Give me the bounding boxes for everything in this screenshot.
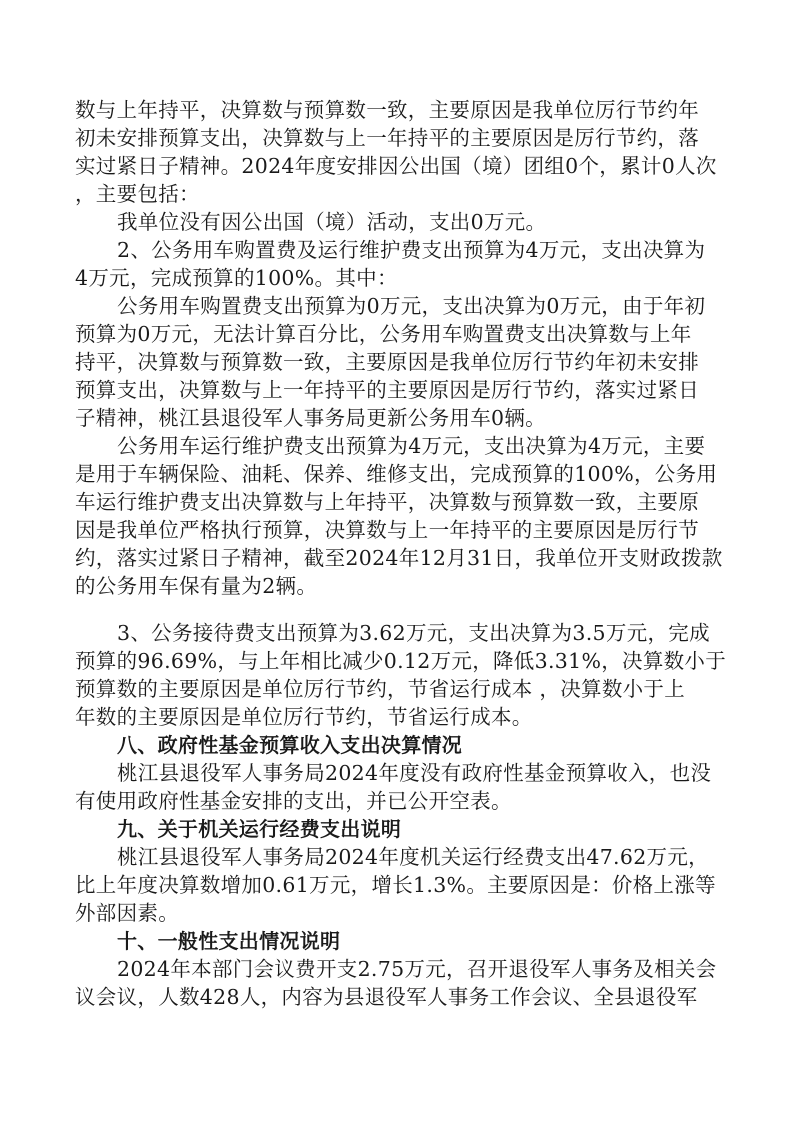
text-line: 子精神，桃江县退役军人事务局更新公务用车0辆。 [75, 404, 715, 432]
paragraph-spacer [75, 600, 715, 619]
text-line: 比上年度决算数增加0.61万元，增长1.3%。主要原因是：价格上涨等 [75, 871, 715, 899]
text-line: ，主要包括： [75, 180, 715, 208]
text-line: 车运行维护费支出决算数与上年持平，决算数与预算数一致，主要原 [75, 488, 715, 516]
text-line: 预算的96.69%，与上年相比减少0.12万元，降低3.31%，决算数小于 [75, 647, 715, 675]
document-page: 数与上年持平，决算数与预算数一致，主要原因是我单位厉行节约年 初未安排预算支出，… [75, 96, 715, 1011]
paragraph-no-overseas-activity: 我单位没有因公出国（境）活动，支出0万元。 [75, 208, 715, 236]
section-heading-general-expenses: 十、一般性支出情况说明 [75, 927, 715, 955]
text-line: 公务用车购置费支出预算为0万元，支出决算为0万元，由于年初 [75, 292, 715, 320]
text-line: 是用于车辆保险、油耗、保养、维修支出，完成预算的100%，公务用 [75, 460, 715, 488]
text-line: 因是我单位严格执行预算，决算数与上一年持平的主要原因是厉行节 [75, 516, 715, 544]
text-line: 有使用政府性基金安排的支出，并已公开空表。 [75, 787, 715, 815]
text-line: 我单位没有因公出国（境）活动，支出0万元。 [75, 208, 715, 236]
paragraph-meeting-expenses: 2024年本部门会议费开支2.75万元，召开退役军人事务及相关会 议会议，人数4… [75, 955, 715, 1011]
text-line: 2、公务用车购置费及运行维护费支出预算为4万元，支出决算为 [75, 236, 715, 264]
text-line: 初未安排预算支出，决算数与上一年持平的主要原因是厉行节约，落 [75, 124, 715, 152]
section-heading-operating-expenses: 九、关于机关运行经费支出说明 [75, 815, 715, 843]
text-line: 2024年本部门会议费开支2.75万元，召开退役军人事务及相关会 [75, 955, 715, 983]
text-line: 预算为0万元，无法计算百分比，公务用车购置费支出决算数与上年 [75, 320, 715, 348]
text-line: 桃江县退役军人事务局2024年度没有政府性基金预算收入，也没 [75, 759, 715, 787]
paragraph-government-fund: 桃江县退役军人事务局2024年度没有政府性基金预算收入，也没 有使用政府性基金安… [75, 759, 715, 815]
text-line: 3、公务接待费支出预算为3.62万元，支出决算为3.5万元，完成 [75, 619, 715, 647]
text-line: 公务用车运行维护费支出预算为4万元，支出决算为4万元，主要 [75, 432, 715, 460]
text-line: 4万元，完成预算的100%。其中： [75, 264, 715, 292]
text-line: 预算数的主要原因是单位厉行节约，节省运行成本 ，决算数小于上 [75, 675, 715, 703]
text-line: 年数的主要原因是单位厉行节约，节省运行成本。 [75, 703, 715, 731]
text-line: 预算支出，决算数与上一年持平的主要原因是厉行节约，落实过紧日 [75, 376, 715, 404]
text-line: 持平，决算数与预算数一致，主要原因是我单位厉行节约年初未安排 [75, 348, 715, 376]
text-line: 数与上年持平，决算数与预算数一致，主要原因是我单位厉行节约年 [75, 96, 715, 124]
text-line: 约，落实过紧日子精神，截至2024年12月31日，我单位开支财政拨款 [75, 544, 715, 572]
text-line: 外部因素。 [75, 899, 715, 927]
paragraph-operating-expenses: 桃江县退役军人事务局2024年度机关运行经费支出47.62万元， 比上年度决算数… [75, 843, 715, 927]
paragraph-overseas-travel-continued: 数与上年持平，决算数与预算数一致，主要原因是我单位厉行节约年 初未安排预算支出，… [75, 96, 715, 208]
paragraph-vehicle-expenses: 2、公务用车购置费及运行维护费支出预算为4万元，支出决算为 4万元，完成预算的1… [75, 236, 715, 292]
text-line: 实过紧日子精神。2024年度安排因公出国（境）团组0个，累计0人次 [75, 152, 715, 180]
text-line: 议会议，人数428人，内容为县退役军人事务工作会议、全县退役军 [75, 983, 715, 1011]
section-heading-government-fund: 八、政府性基金预算收入支出决算情况 [75, 731, 715, 759]
text-line: 桃江县退役军人事务局2024年度机关运行经费支出47.62万元， [75, 843, 715, 871]
paragraph-vehicle-purchase: 公务用车购置费支出预算为0万元，支出决算为0万元，由于年初 预算为0万元，无法计… [75, 292, 715, 432]
text-line: 的公务用车保有量为2辆。 [75, 572, 715, 600]
paragraph-reception-expenses: 3、公务接待费支出预算为3.62万元，支出决算为3.5万元，完成 预算的96.6… [75, 619, 715, 731]
paragraph-vehicle-maintenance: 公务用车运行维护费支出预算为4万元，支出决算为4万元，主要 是用于车辆保险、油耗… [75, 432, 715, 600]
